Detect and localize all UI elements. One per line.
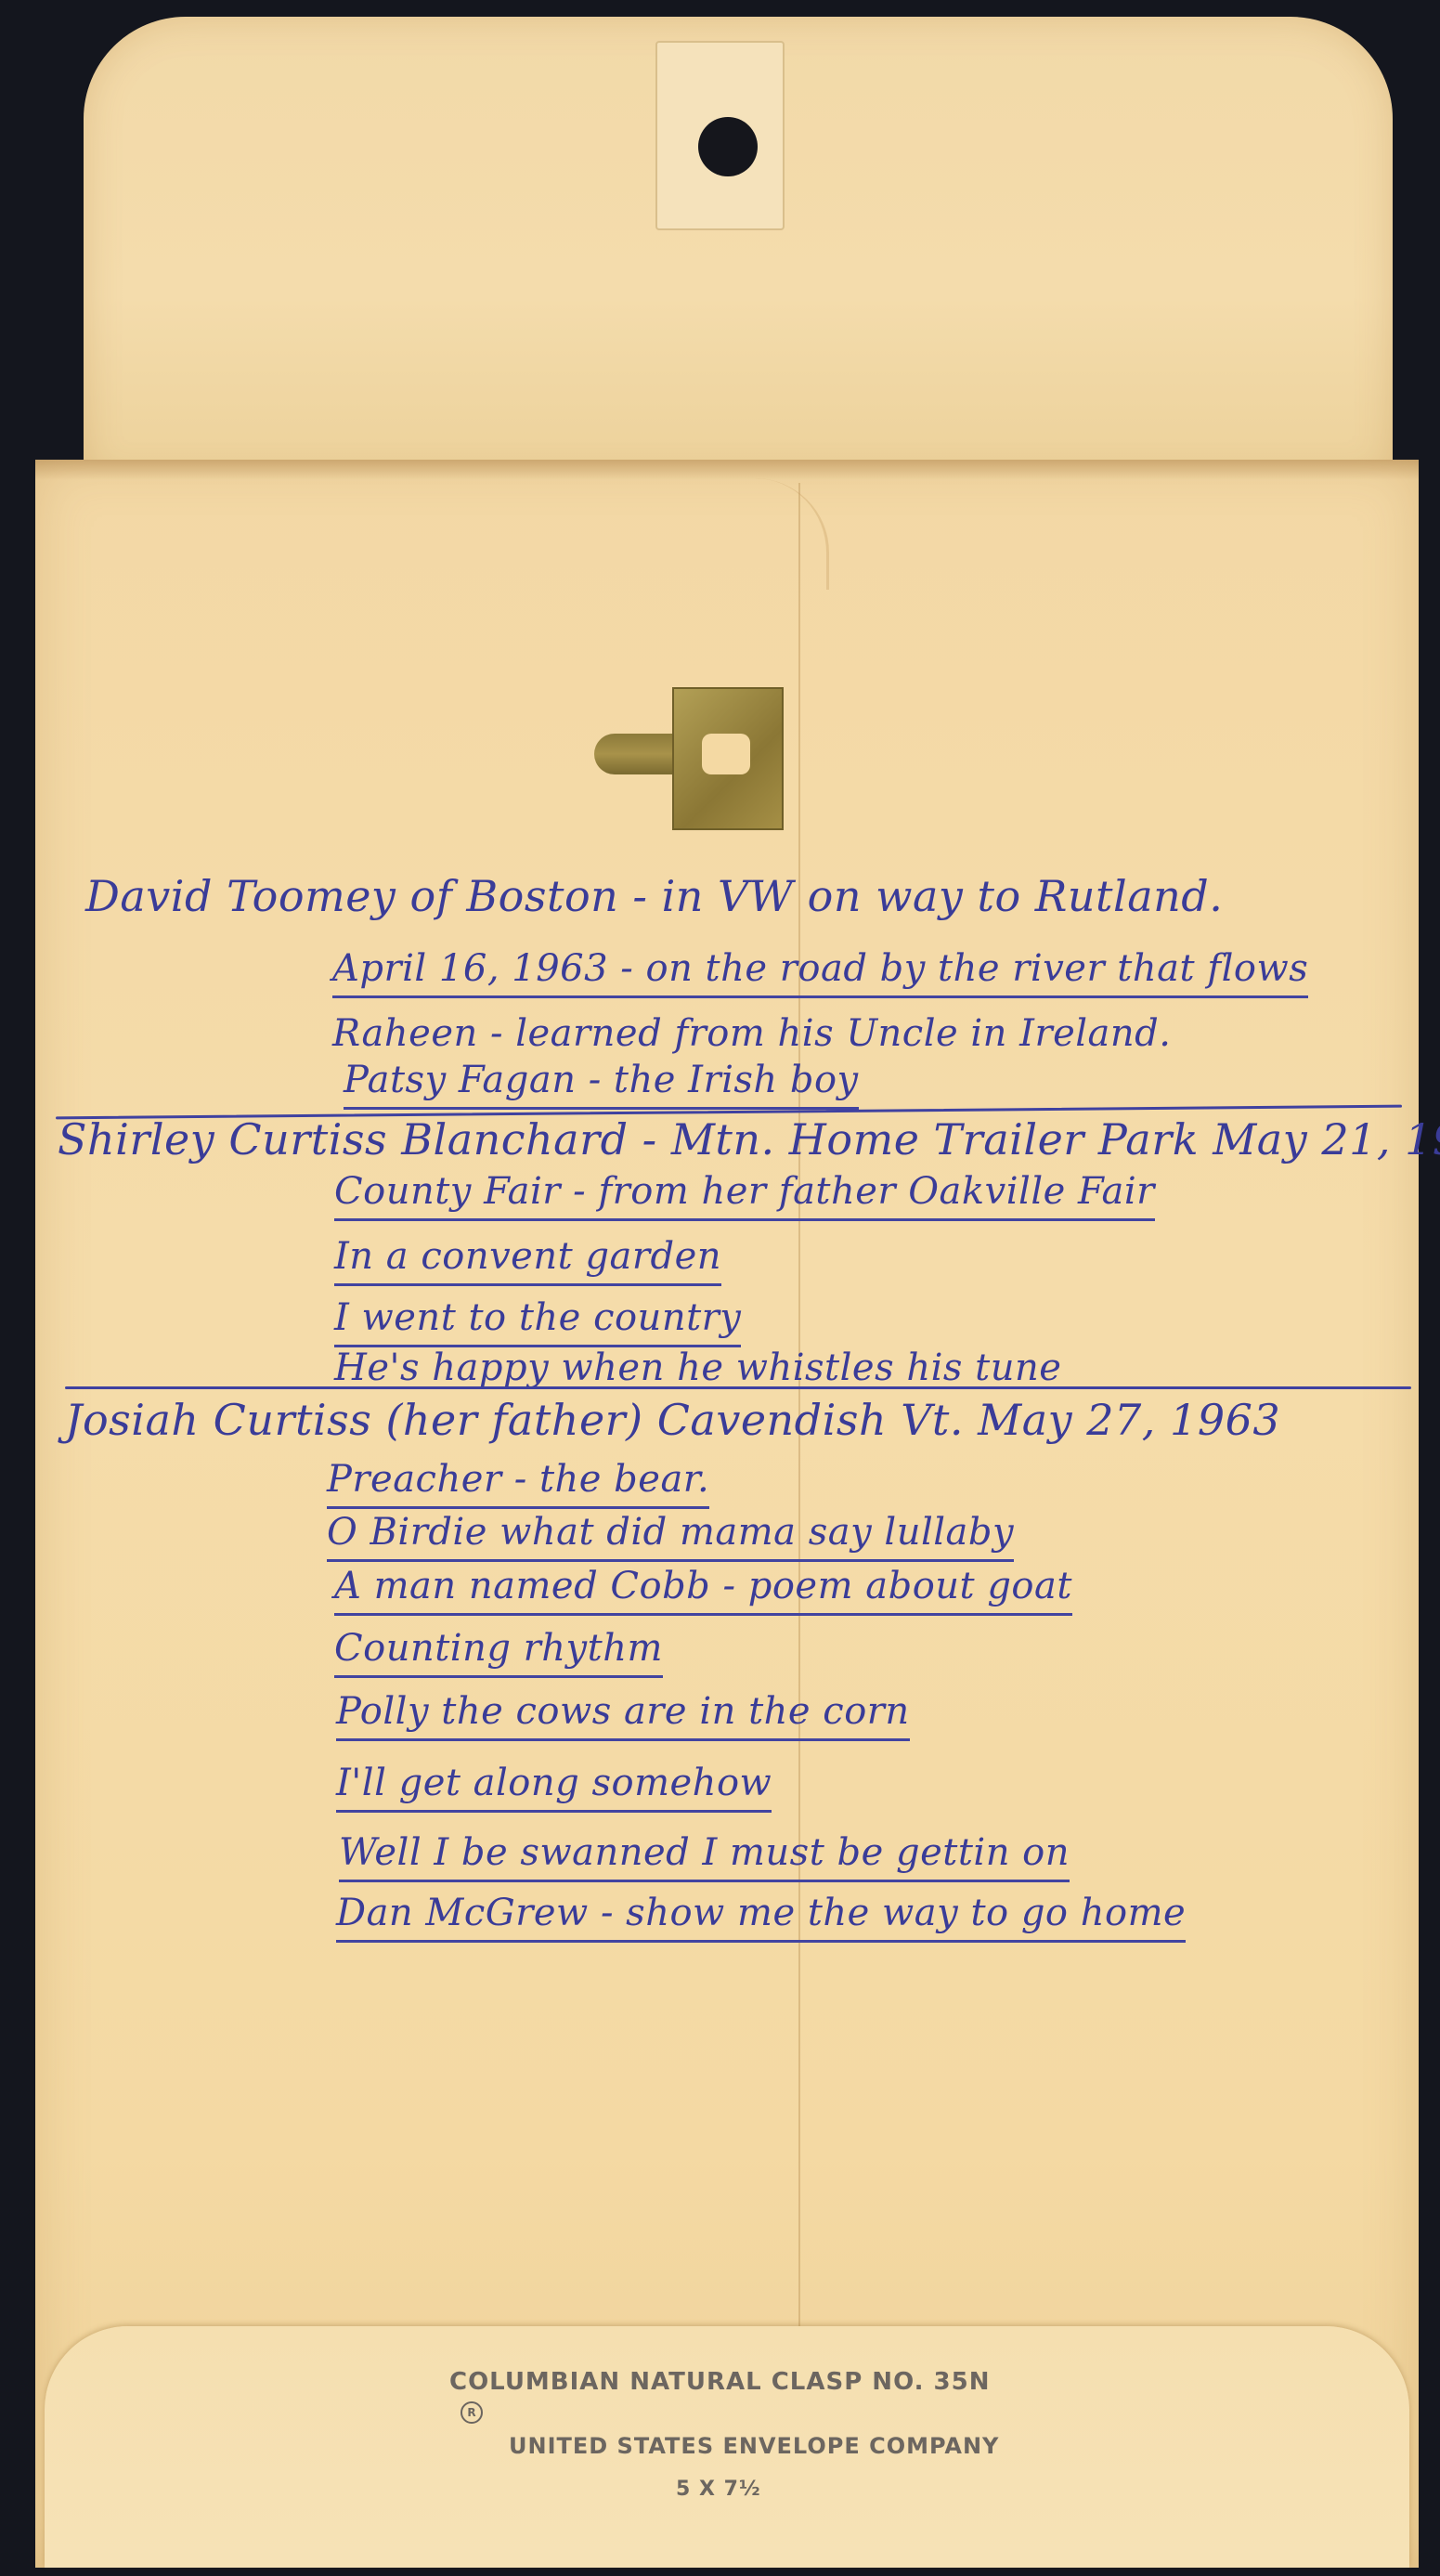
manufacturer-name: UNITED STATES ENVELOPE COMPANY [509, 2433, 999, 2459]
song-line: O Birdie what did mama say lullaby [327, 1511, 1014, 1562]
song-line: April 16, 1963 - on the road by the rive… [332, 947, 1308, 998]
punch-hole [698, 117, 758, 176]
song-line: Patsy Fagan - the Irish boy [344, 1059, 859, 1110]
song-line: Raheen - learned from his Uncle in Irela… [332, 1012, 1171, 1055]
song-line: I'll get along somehow [336, 1762, 772, 1813]
registered-mark-icon: R [461, 2401, 483, 2424]
song-line: Preacher - the bear. [327, 1458, 709, 1509]
entry-header-shirley-blanchard: Shirley Curtiss Blanchard - Mtn. Home Tr… [58, 1114, 1440, 1164]
inner-flap-outline [56, 478, 829, 590]
envelope-size: 5 X 7½ [676, 2478, 761, 2501]
song-line: In a convent garden [334, 1235, 721, 1286]
song-line: Counting rhythm [334, 1627, 663, 1678]
song-line: Dan McGrew - show me the way to go home [336, 1892, 1186, 1943]
song-line: I went to the country [334, 1296, 741, 1347]
song-line: County Fair - from her father Oakville F… [334, 1170, 1155, 1221]
section-divider [65, 1386, 1411, 1389]
song-line: Polly the cows are in the corn [336, 1690, 910, 1741]
clasp-notch [702, 734, 750, 774]
entry-header-josiah-curtiss: Josiah Curtiss (her father) Cavendish Vt… [65, 1395, 1280, 1445]
song-line: He's happy when he whistles his tune [334, 1347, 1061, 1389]
song-line: Well I be swanned I must be gettin on [339, 1831, 1070, 1882]
entry-header-david-toomey: David Toomey of Boston - in VW on way to… [85, 871, 1223, 921]
manufacturer-product-line: COLUMBIAN NATURAL CLASP NO. 35N [449, 2368, 990, 2396]
fold-shadow [35, 460, 1419, 480]
song-line: A man named Cobb - poem about goat [334, 1565, 1072, 1616]
